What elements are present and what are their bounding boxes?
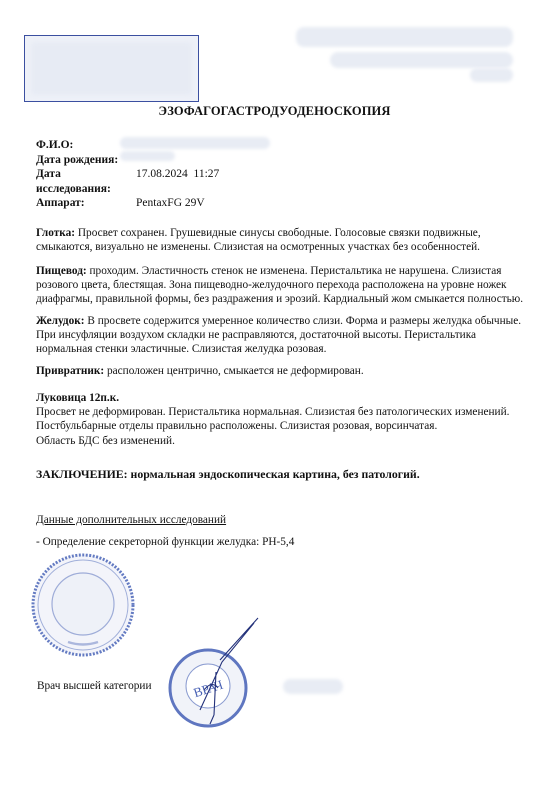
extra-studies-heading: Данные дополнительных исследований: [36, 514, 226, 526]
exam-date-value: 17.08.2024 11:27: [136, 167, 219, 196]
document-title: ЭЗОФАГОГАСТРОДУОДЕНОСКОПИЯ: [0, 104, 549, 119]
section-label: Пищевод:: [36, 265, 87, 277]
doctor-name-redacted: [283, 679, 343, 694]
section-pharynx: Глотка: Просвет сохранен. Грушевидные си…: [36, 226, 531, 254]
bulb-line: Область БДС без изменений.: [36, 434, 531, 448]
clinic-logo-redacted: [24, 35, 199, 102]
exam-date-label: Дата исследования:: [36, 167, 136, 196]
section-text: Просвет сохранен. Грушевидные синусы сво…: [36, 227, 481, 253]
section-stomach: Желудок: В просвете содержится умеренное…: [36, 314, 531, 357]
section-esophagus: Пищевод: проходим. Эластичность стенок н…: [36, 264, 531, 307]
section-label: Глотка:: [36, 227, 75, 239]
section-pylorus: Привратник: расположен центрично, смыкае…: [36, 364, 531, 378]
conclusion: ЗАКЛЮЧЕНИЕ: нормальная эндоскопическая к…: [36, 467, 420, 482]
patient-birth-redacted: [120, 151, 175, 161]
bulb-heading: Луковица 12п.к.: [36, 391, 531, 405]
bulb-line: Просвет не деформирован. Перистальтика н…: [36, 405, 531, 419]
bulb-line: Постбульбарные отделы правильно располож…: [36, 419, 531, 433]
clinic-info-redacted-line-1: [296, 27, 513, 47]
section-text: расположен центрично, смыкается не дефор…: [104, 365, 364, 377]
section-duodenal-bulb: Луковица 12п.к. Просвет не деформирован.…: [36, 391, 531, 448]
patient-name-redacted: [120, 137, 270, 149]
section-text: проходим. Эластичность стенок не изменен…: [36, 265, 523, 305]
extra-studies-item: - Определение секреторной функции желудк…: [36, 536, 294, 548]
section-text: В просвете содержится умеренное количест…: [36, 315, 521, 355]
device-value: PentaxFG 29V: [136, 196, 205, 211]
clinic-info-redacted-line-3: [470, 68, 513, 82]
device-label: Аппарат:: [36, 196, 136, 211]
device-row: Аппарат: PentaxFG 29V: [36, 196, 219, 211]
section-label: Привратник:: [36, 365, 104, 377]
doctor-title: Врач высшей категории: [37, 680, 152, 692]
section-label: Желудок:: [36, 315, 85, 327]
clinic-info-redacted-line-2: [330, 52, 513, 68]
clinic-stamp-icon: [30, 552, 136, 658]
doctor-stamp-icon: ВРАЧ: [160, 620, 270, 740]
exam-date-row: Дата исследования: 17.08.2024 11:27: [36, 167, 219, 196]
